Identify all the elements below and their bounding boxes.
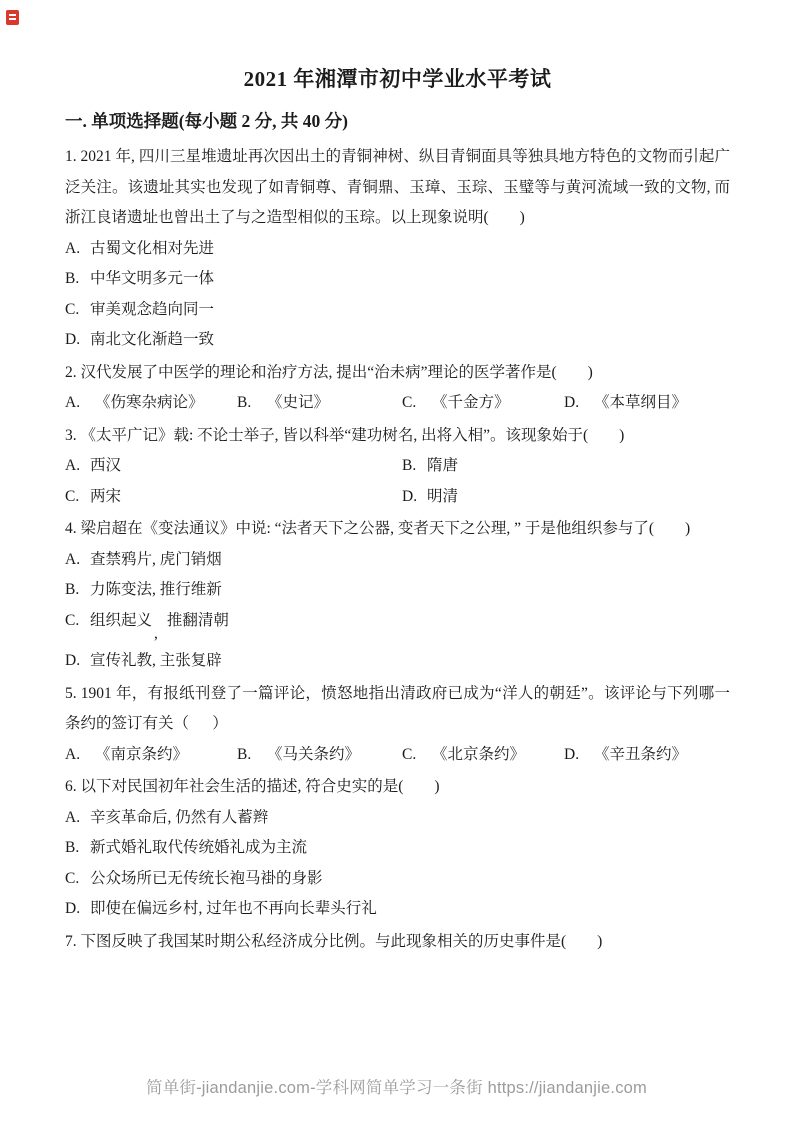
question-5-option-d: D.《辛丑条约》 xyxy=(564,740,730,771)
question-4-option-d: D.宣传礼教, 主张复辟 xyxy=(65,646,730,677)
question-5-option-c: C.《北京条约》 xyxy=(402,740,564,771)
option-label: B. xyxy=(402,451,427,482)
option-text: 辛亥革命后, 仍然有人蓄辫 xyxy=(90,809,268,826)
option-label: B. xyxy=(65,264,90,295)
section-heading: 一. 单项选择题(每小题 2 分, 共 40 分) xyxy=(65,108,730,134)
question-5-option-b: B.《马关条约》 xyxy=(237,740,402,771)
option-text: 古蜀文化相对先进 xyxy=(90,240,214,257)
option-text: 查禁鸦片, 虎门销烟 xyxy=(90,551,222,568)
question-1-option-d: D.南北文化渐趋一致 xyxy=(65,325,730,356)
question-1-stem: 1. 2021 年, 四川三星堆遗址再次因出土的青铜神树、纵目青铜面具等独具地方… xyxy=(65,142,730,234)
question-2: 2. 汉代发展了中医学的理论和治疗方法, 提出“治未病”理论的医学著作是( ) … xyxy=(65,358,730,419)
option-label: A. xyxy=(65,545,90,576)
question-2-option-d: D.《本草纲目》 xyxy=(564,388,730,419)
option-text: 《辛丑条约》 xyxy=(594,746,687,763)
page-content: 2021 年湘潭市初中学业水平考试 一. 单项选择题(每小题 2 分, 共 40… xyxy=(0,64,793,957)
page-title: 2021 年湘潭市初中学业水平考试 xyxy=(65,64,730,94)
option-text: 组织起义 xyxy=(90,612,152,629)
option-text: 《南京条约》 xyxy=(95,746,188,763)
question-2-option-c: C.《千金方》 xyxy=(402,388,564,419)
question-7-stem: 7. 下图反映了我国某时期公私经济成分比例。与此现象相关的历史事件是( ) xyxy=(65,927,730,958)
option-text: 力陈变法, 推行维新 xyxy=(90,581,222,598)
question-3-options: A.西汉 B.隋唐 C.两宋 D.明清 xyxy=(65,451,730,512)
question-2-stem: 2. 汉代发展了中医学的理论和治疗方法, 提出“治未病”理论的医学著作是( ) xyxy=(65,358,730,389)
question-3-option-a: A.西汉 xyxy=(65,451,402,482)
option-text: 明清 xyxy=(427,488,458,505)
question-2-option-a: A.《伤寒杂病论》 xyxy=(65,388,237,419)
option-label: C. xyxy=(65,295,90,326)
option-text: 审美观念趋向同一 xyxy=(90,301,214,318)
option-text: 《马关条约》 xyxy=(267,746,360,763)
question-6: 6. 以下对民国初年社会生活的描述, 符合史实的是( ) A.辛亥革命后, 仍然… xyxy=(65,772,730,925)
option-label: A. xyxy=(65,803,90,834)
option-label: C. xyxy=(65,482,90,513)
option-text: 宣传礼教, 主张复辟 xyxy=(90,652,222,669)
question-2-option-b: B.《史记》 xyxy=(237,388,402,419)
option-label: C. xyxy=(402,388,432,419)
question-1-options: A.古蜀文化相对先进 B.中华文明多元一体 C.审美观念趋向同一 D.南北文化渐… xyxy=(65,234,730,356)
question-2-options: A.《伤寒杂病论》 B.《史记》 C.《千金方》 D.《本草纲目》 xyxy=(65,388,730,419)
question-7: 7. 下图反映了我国某时期公私经济成分比例。与此现象相关的历史事件是( ) xyxy=(65,927,730,958)
exam-paper-page: 2021 年湘潭市初中学业水平考试 一. 单项选择题(每小题 2 分, 共 40… xyxy=(0,0,793,1122)
question-6-option-b: B.新式婚礼取代传统婚礼成为主流 xyxy=(65,833,730,864)
option-text: 隋唐 xyxy=(427,457,458,474)
option-label: D. xyxy=(65,646,90,677)
question-5: 5. 1901 年，有报纸刊登了一篇评论，愤怒地指出清政府已成为“洋人的朝廷”。… xyxy=(65,679,730,771)
site-logo-icon xyxy=(6,10,19,25)
option-label: B. xyxy=(65,833,90,864)
dropped-comma-artifact: , xyxy=(154,619,158,650)
question-1-option-b: B.中华文明多元一体 xyxy=(65,264,730,295)
option-text: 《千金方》 xyxy=(432,394,510,411)
question-list: 1. 2021 年, 四川三星堆遗址再次因出土的青铜神树、纵目青铜面具等独具地方… xyxy=(65,142,730,957)
question-5-stem: 5. 1901 年，有报纸刊登了一篇评论，愤怒地指出清政府已成为“洋人的朝廷”。… xyxy=(65,679,730,740)
option-text: 即使在偏远乡村, 过年也不再向长辈头行礼 xyxy=(90,900,377,917)
option-label: D. xyxy=(65,894,90,925)
question-6-option-a: A.辛亥革命后, 仍然有人蓄辫 xyxy=(65,803,730,834)
question-6-options: A.辛亥革命后, 仍然有人蓄辫 B.新式婚礼取代传统婚礼成为主流 C.公众场所已… xyxy=(65,803,730,925)
option-label: B. xyxy=(237,740,267,771)
option-label: D. xyxy=(564,388,594,419)
question-3-option-d: D.明清 xyxy=(402,482,730,513)
question-4-options: A.查禁鸦片, 虎门销烟 B.力陈变法, 推行维新 C.组织起义,推翻清朝 D.… xyxy=(65,545,730,677)
option-label: D. xyxy=(65,325,90,356)
question-1-option-c: C.审美观念趋向同一 xyxy=(65,295,730,326)
option-label: D. xyxy=(402,482,427,513)
question-4-option-a: A.查禁鸦片, 虎门销烟 xyxy=(65,545,730,576)
question-5-options: A.《南京条约》 B.《马关条约》 C.《北京条约》 D.《辛丑条约》 xyxy=(65,740,730,771)
option-label: A. xyxy=(65,740,95,771)
option-label: A. xyxy=(65,388,95,419)
question-4: 4. 梁启超在《变法通议》中说: “法者天下之公器, 变者天下之公理, ” 于是… xyxy=(65,514,730,677)
question-5-option-a: A.《南京条约》 xyxy=(65,740,237,771)
option-text: 西汉 xyxy=(90,457,121,474)
question-3: 3. 《太平广记》载: 不论士举子, 皆以科举“建功树名, 出将入相”。该现象始… xyxy=(65,421,730,513)
question-4-option-c: C.组织起义,推翻清朝 xyxy=(65,606,730,647)
option-label: C. xyxy=(65,606,90,637)
question-3-option-b: B.隋唐 xyxy=(402,451,730,482)
question-6-stem: 6. 以下对民国初年社会生活的描述, 符合史实的是( ) xyxy=(65,772,730,803)
option-text: 南北文化渐趋一致 xyxy=(90,331,214,348)
question-4-option-b: B.力陈变法, 推行维新 xyxy=(65,575,730,606)
option-text: 《史记》 xyxy=(267,394,329,411)
option-label: A. xyxy=(65,234,90,265)
question-6-option-d: D.即使在偏远乡村, 过年也不再向长辈头行礼 xyxy=(65,894,730,925)
option-text: 中华文明多元一体 xyxy=(90,270,214,287)
question-3-option-c: C.两宋 xyxy=(65,482,402,513)
option-label: A. xyxy=(65,451,90,482)
option-text: 推翻清朝 xyxy=(167,612,229,629)
option-text: 两宋 xyxy=(90,488,121,505)
question-1-option-a: A.古蜀文化相对先进 xyxy=(65,234,730,265)
question-4-stem: 4. 梁启超在《变法通议》中说: “法者天下之公器, 变者天下之公理, ” 于是… xyxy=(65,514,730,545)
option-text: 公众场所已无传统长袍马褂的身影 xyxy=(90,870,323,887)
option-label: C. xyxy=(402,740,432,771)
option-label: C. xyxy=(65,864,90,895)
question-6-option-c: C.公众场所已无传统长袍马褂的身影 xyxy=(65,864,730,895)
option-text: 《伤寒杂病论》 xyxy=(95,394,204,411)
option-text: 《北京条约》 xyxy=(432,746,525,763)
option-label: B. xyxy=(237,388,267,419)
question-3-stem: 3. 《太平广记》载: 不论士举子, 皆以科举“建功树名, 出将入相”。该现象始… xyxy=(65,421,730,452)
option-text: 《本草纲目》 xyxy=(594,394,687,411)
footer-watermark: 简单街-jiandanjie.com-学科网简单学习一条街 https://ji… xyxy=(0,1074,793,1098)
question-1: 1. 2021 年, 四川三星堆遗址再次因出土的青铜神树、纵目青铜面具等独具地方… xyxy=(65,142,730,356)
option-text: 新式婚礼取代传统婚礼成为主流 xyxy=(90,839,307,856)
option-label: B. xyxy=(65,575,90,606)
option-label: D. xyxy=(564,740,594,771)
